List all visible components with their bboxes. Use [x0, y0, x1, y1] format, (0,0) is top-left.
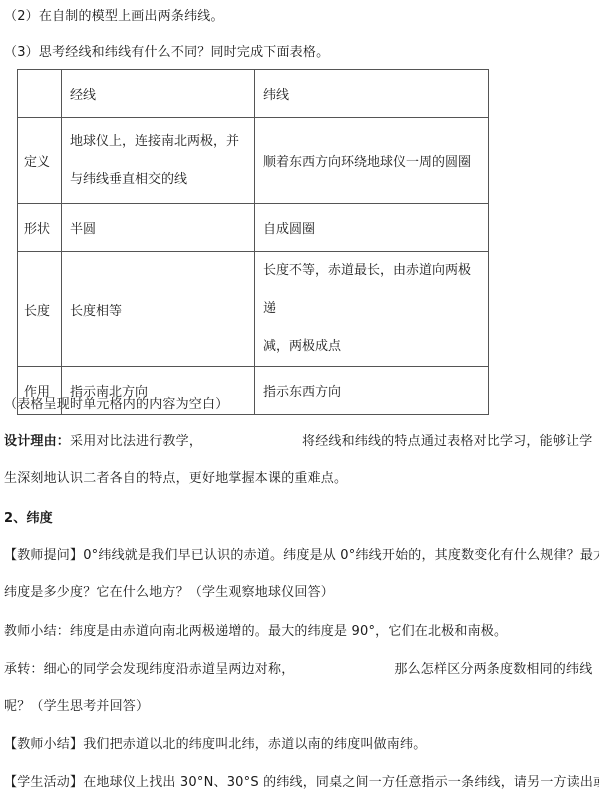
step-3-text: （3）思考经线和纬线有什么不同？同时完成下面表格。: [4, 45, 329, 61]
transition-line-1: 承转：细心的同学会发现纬度沿赤道呈两边对称，那么怎样区分两条度数相同的纬线: [4, 662, 592, 678]
student-activity: 【学生活动】在地球仪上找出 30°N、30°S 的纬线，同桌之间一方任意指示一条…: [4, 775, 599, 791]
cell-line: 长度不等，赤道最长，由赤道向两极递: [263, 252, 480, 328]
parallel-cell: 顺着东西方向环绕地球仪一周的圆圈: [255, 118, 489, 204]
comparison-table: 经线 纬线 定义 地球仪上，连接南北两极，并与纬线垂直相交的线 顺着东西方向环绕…: [17, 69, 489, 415]
parallel-cell: 指示东西方向: [255, 367, 489, 415]
table-corner-cell: [18, 70, 62, 118]
step-2-text: （2）在自制的模型上画出两条纬线。: [4, 9, 224, 25]
row-label: 形状: [18, 204, 62, 252]
design-reason: 设计理由：采用对比法进行教学，将经线和纬线的特点通过表格对比学习，能够让学: [4, 434, 592, 450]
cell-line: 与纬线垂直相交的线: [70, 161, 246, 199]
design-reason-text-a: 采用对比法进行教学，: [70, 434, 202, 449]
table-header-row: 经线 纬线: [18, 70, 489, 118]
section-heading: 2、纬度: [4, 511, 53, 527]
meridian-cell: 地球仪上，连接南北两极，并与纬线垂直相交的线: [62, 118, 255, 204]
teacher-question-line-1: 【教师提问】0°纬线就是我们早已认识的赤道。纬度是从 0°纬线开始的，其度数变化…: [4, 548, 599, 564]
meridian-cell: 长度相等: [62, 252, 255, 367]
transition-line-2: 呢？（学生思考并回答）: [4, 699, 149, 715]
design-reason-text-b: 将经线和纬线的特点通过表格对比学习，能够让学: [302, 434, 592, 449]
row-label: 长度: [18, 252, 62, 367]
design-reason-continued: 生深刻地认识二者各自的特点，更好地掌握本课的重难点。: [4, 471, 347, 487]
transition-text-a: 承转：细心的同学会发现纬度沿赤道呈两边对称，: [4, 662, 294, 677]
meridian-cell: 半圆: [62, 204, 255, 252]
teacher-question-line-2: 纬度是多少度？它在什么地方？（学生观察地球仪回答）: [4, 585, 334, 601]
parallel-cell: 长度不等，赤道最长，由赤道向两极递减，两极成点: [255, 252, 489, 367]
parallel-cell: 自成圆圈: [255, 204, 489, 252]
design-reason-label: 设计理由：: [4, 434, 70, 449]
cell-line: 减，两极成点: [263, 328, 480, 366]
teacher-summary-2: 【教师小结】我们把赤道以北的纬度叫北纬，赤道以南的纬度叫做南纬。: [4, 737, 426, 753]
header-meridian: 经线: [62, 70, 255, 118]
cell-line: 地球仪上，连接南北两极，并: [70, 123, 246, 161]
table-row: 形状 半圆 自成圆圈: [18, 204, 489, 252]
table-note: （表格呈现时单元格内的内容为空白）: [4, 397, 228, 413]
teacher-summary-1: 教师小结：纬度是由赤道向南北两极递增的。最大的纬度是 90°，它们在北极和南极。: [4, 624, 507, 640]
transition-text-b: 那么怎样区分两条度数相同的纬线: [394, 662, 592, 677]
row-label: 定义: [18, 118, 62, 204]
header-parallel: 纬线: [255, 70, 489, 118]
table-row: 长度 长度相等 长度不等，赤道最长，由赤道向两极递减，两极成点: [18, 252, 489, 367]
table-row: 定义 地球仪上，连接南北两极，并与纬线垂直相交的线 顺着东西方向环绕地球仪一周的…: [18, 118, 489, 204]
